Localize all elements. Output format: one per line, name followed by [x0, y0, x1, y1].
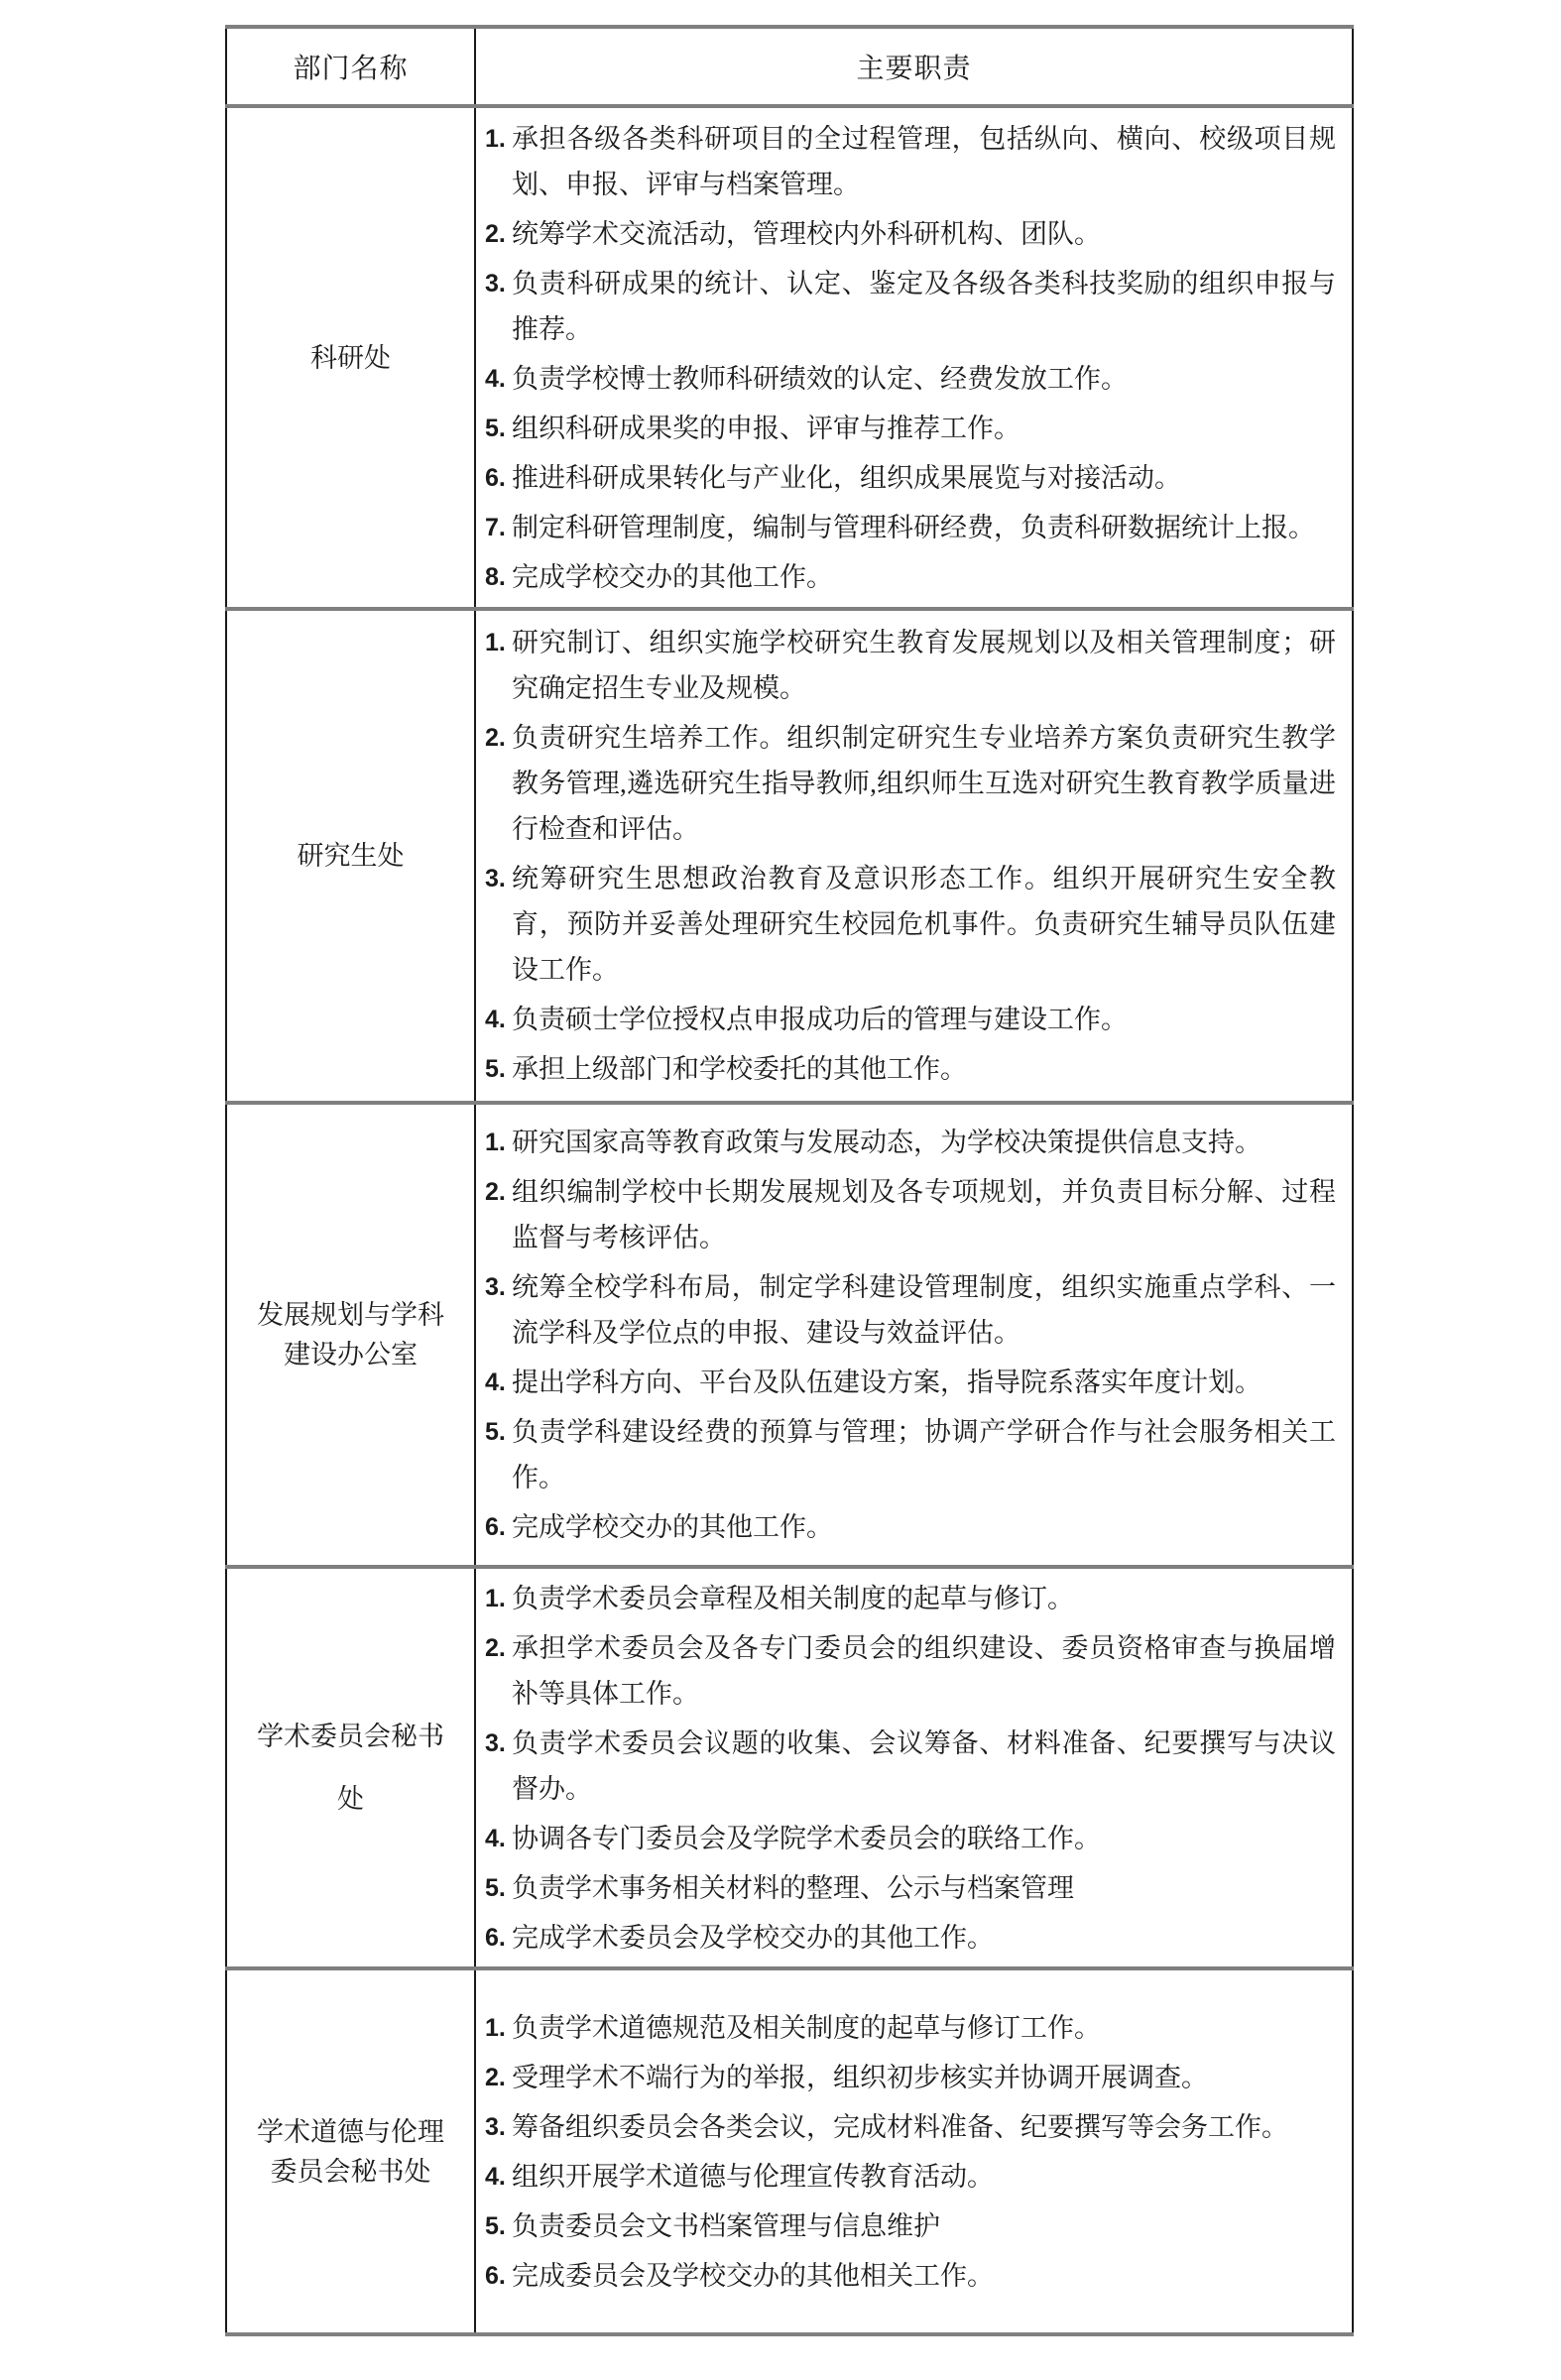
duty-item: 2. 承担学术委员会及各专门委员会的组织建设、委员资格审查与换届增补等具体工作。 [485, 1625, 1336, 1717]
duty-item: 5. 组织科研成果奖的申报、评审与推荐工作。 [485, 406, 1336, 451]
duty-item: 3. 负责科研成果的统计、认定、鉴定及各级各类科技奖励的组织申报与推荐。 [485, 261, 1336, 352]
duty-item: 5. 负责学术事务相关材料的整理、公示与档案管理 [485, 1865, 1336, 1911]
duty-item: 3. 统筹研究生思想政治教育及意识形态工作。组织开展研究生安全教育，预防并妥善处… [485, 856, 1336, 993]
department-cell: 科研处 [226, 106, 475, 609]
department-name-line: 处 [227, 1768, 474, 1831]
duty-item: 8. 完成学校交办的其他工作。 [485, 554, 1336, 600]
table-row: 学术道德与伦理委员会秘书处 1. 负责学术道德规范及相关制度的起草与修订工作。 … [226, 1968, 1353, 2334]
duty-text: 研究制订、组织实施学校研究生教育发展规划以及相关管理制度；研究确定招生专业及规模… [512, 628, 1336, 703]
duties-cell: 1. 研究制订、组织实施学校研究生教育发展规划以及相关管理制度；研究确定招生专业… [475, 609, 1353, 1103]
duty-item: 2. 负责研究生培养工作。组织制定研究生专业培养方案负责研究生教学教务管理,遴选… [485, 715, 1336, 852]
header-department: 部门名称 [226, 27, 475, 106]
duty-text: 负责学校博士教师科研绩效的认定、经费发放工作。 [512, 364, 1128, 394]
duty-number: 3. [485, 2104, 506, 2150]
duty-text: 承担各级各类科研项目的全过程管理，包括纵向、横向、校级项目规划、申报、评审与档案… [512, 124, 1336, 199]
duty-text: 负责学术委员会议题的收集、会议筹备、材料准备、纪要撰写与决议督办。 [512, 1728, 1336, 1804]
duty-item: 6. 完成学校交办的其他工作。 [485, 1504, 1336, 1550]
duties-list: 1. 研究国家高等教育政策与发展动态，为学校决策提供信息支持。 2. 组织编制学… [476, 1114, 1352, 1556]
duty-number: 4. [485, 1360, 506, 1405]
duty-item: 3. 统筹全校学科布局，制定学科建设管理制度，组织实施重点学科、一流学科及学位点… [485, 1264, 1336, 1356]
duty-item: 4. 负责学校博士教师科研绩效的认定、经费发放工作。 [485, 356, 1336, 402]
department-name-line: 学术委员会秘书 [227, 1706, 474, 1768]
duty-number: 1. [485, 2005, 506, 2051]
department-cell: 研究生处 [226, 609, 475, 1103]
duty-number: 1. [485, 116, 506, 162]
duty-text: 负责硕士学位授权点申报成功后的管理与建设工作。 [512, 1005, 1128, 1034]
duty-number: 3. [485, 261, 506, 306]
duty-number: 6. [485, 455, 506, 501]
duty-text: 负责科研成果的统计、认定、鉴定及各级各类科技奖励的组织申报与推荐。 [512, 269, 1336, 344]
duty-item: 4. 提出学科方向、平台及队伍建设方案，指导院系落实年度计划。 [485, 1360, 1336, 1405]
department-name-line: 研究生处 [227, 836, 474, 876]
table-row: 发展规划与学科建设办公室 1. 研究国家高等教育政策与发展动态，为学校决策提供信… [226, 1103, 1353, 1567]
duty-item: 7. 制定科研管理制度，编制与管理科研经费，负责科研数据统计上报。 [485, 505, 1336, 550]
department-duties-table: 部门名称 主要职责 科研处 1. 承担各级各类科研项目的全过程管理，包括纵向、横… [225, 25, 1354, 2336]
duty-text: 提出学科方向、平台及队伍建设方案，指导院系落实年度计划。 [512, 1368, 1261, 1397]
duty-text: 推进科研成果转化与产业化，组织成果展览与对接活动。 [512, 463, 1181, 493]
duty-number: 6. [485, 1504, 506, 1550]
duty-text: 组织科研成果奖的申报、评审与推荐工作。 [512, 414, 1021, 443]
duty-number: 4. [485, 1816, 506, 1861]
duty-number: 3. [485, 856, 506, 901]
department-cell: 学术道德与伦理委员会秘书处 [226, 1968, 475, 2334]
duty-text: 统筹学术交流活动，管理校内外科研机构、团队。 [512, 219, 1101, 249]
duties-cell: 1. 承担各级各类科研项目的全过程管理，包括纵向、横向、校级项目规划、申报、评审… [475, 106, 1353, 609]
duty-text: 组织编制学校中长期发展规划及各专项规划，并负责目标分解、过程监督与考核评估。 [512, 1177, 1336, 1252]
duty-number: 2. [485, 211, 506, 257]
duty-number: 5. [485, 1409, 506, 1455]
duty-item: 6. 完成委员会及学校交办的其他相关工作。 [485, 2253, 1336, 2299]
duty-item: 2. 统筹学术交流活动，管理校内外科研机构、团队。 [485, 211, 1336, 257]
duty-number: 2. [485, 715, 506, 761]
duty-text: 协调各专门委员会及学院学术委员会的联络工作。 [512, 1824, 1101, 1853]
duty-text: 完成学校交办的其他工作。 [512, 1512, 833, 1542]
duty-item: 1. 负责学术委员会章程及相关制度的起草与修订。 [485, 1576, 1336, 1621]
duty-text: 组织开展学术道德与伦理宣传教育活动。 [512, 2162, 994, 2192]
duty-text: 完成学术委员会及学校交办的其他工作。 [512, 1923, 994, 1953]
duty-item: 4. 负责硕士学位授权点申报成功后的管理与建设工作。 [485, 997, 1336, 1042]
duties-list: 1. 研究制订、组织实施学校研究生教育发展规划以及相关管理制度；研究确定招生专业… [476, 614, 1352, 1098]
table-row: 研究生处 1. 研究制订、组织实施学校研究生教育发展规划以及相关管理制度；研究确… [226, 609, 1353, 1103]
duty-item: 5. 承担上级部门和学校委托的其他工作。 [485, 1046, 1336, 1092]
duty-number: 5. [485, 406, 506, 451]
duty-number: 8. [485, 554, 506, 600]
duty-text: 完成学校交办的其他工作。 [512, 562, 833, 592]
department-name-line: 建设办公室 [227, 1335, 474, 1374]
duty-number: 1. [485, 1120, 506, 1165]
duties-list: 1. 承担各级各类科研项目的全过程管理，包括纵向、横向、校级项目规划、申报、评审… [476, 110, 1352, 606]
table-row: 科研处 1. 承担各级各类科研项目的全过程管理，包括纵向、横向、校级项目规划、申… [226, 106, 1353, 609]
duty-number: 5. [485, 2203, 506, 2249]
duty-item: 3. 负责学术委员会议题的收集、会议筹备、材料准备、纪要撰写与决议督办。 [485, 1721, 1336, 1812]
duty-number: 6. [485, 2253, 506, 2299]
duty-text: 研究国家高等教育政策与发展动态，为学校决策提供信息支持。 [512, 1128, 1261, 1157]
department-name-line: 学术道德与伦理 [227, 2112, 474, 2152]
duty-item: 2. 受理学术不端行为的举报，组织初步核实并协调开展调查。 [485, 2055, 1336, 2100]
duty-number: 4. [485, 997, 506, 1042]
duty-number: 1. [485, 620, 506, 665]
department-name-line: 委员会秘书处 [227, 2152, 474, 2192]
duty-text: 负责委员会文书档案管理与信息维护 [512, 2211, 940, 2241]
header-duties: 主要职责 [475, 27, 1353, 106]
duty-text: 筹备组织委员会各类会议，完成材料准备、纪要撰写等会务工作。 [512, 2112, 1288, 2142]
department-name-line: 发展规划与学科 [227, 1295, 474, 1335]
duty-text: 统筹全校学科布局，制定学科建设管理制度，组织实施重点学科、一流学科及学位点的申报… [512, 1272, 1336, 1348]
header-row: 部门名称 主要职责 [226, 27, 1353, 106]
duty-text: 统筹研究生思想政治教育及意识形态工作。组织开展研究生安全教育，预防并妥善处理研究… [512, 864, 1336, 985]
duty-text: 制定科研管理制度，编制与管理科研经费，负责科研数据统计上报。 [512, 513, 1315, 542]
duty-text: 负责学术道德规范及相关制度的起草与修订工作。 [512, 2013, 1101, 2043]
duty-number: 7. [485, 505, 506, 550]
duty-number: 5. [485, 1046, 506, 1092]
duty-number: 4. [485, 356, 506, 402]
duty-item: 5. 负责学科建设经费的预算与管理；协调产学研合作与社会服务相关工作。 [485, 1409, 1336, 1500]
duty-item: 2. 组织编制学校中长期发展规划及各专项规划，并负责目标分解、过程监督与考核评估… [485, 1169, 1336, 1260]
duty-text: 负责研究生培养工作。组织制定研究生专业培养方案负责研究生教学教务管理,遴选研究生… [512, 723, 1336, 844]
duties-cell: 1. 负责学术道德规范及相关制度的起草与修订工作。 2. 受理学术不端行为的举报… [475, 1968, 1353, 2334]
duty-item: 4. 协调各专门委员会及学院学术委员会的联络工作。 [485, 1816, 1336, 1861]
duty-number: 3. [485, 1264, 506, 1310]
table-body: 科研处 1. 承担各级各类科研项目的全过程管理，包括纵向、横向、校级项目规划、申… [226, 106, 1353, 2334]
duty-number: 2. [485, 1625, 506, 1671]
duty-text: 负责学术委员会章程及相关制度的起草与修订。 [512, 1584, 1074, 1613]
duty-item: 6. 完成学术委员会及学校交办的其他工作。 [485, 1915, 1336, 1961]
duty-text: 负责学科建设经费的预算与管理；协调产学研合作与社会服务相关工作。 [512, 1417, 1336, 1492]
duty-number: 4. [485, 2154, 506, 2200]
duty-text: 负责学术事务相关材料的整理、公示与档案管理 [512, 1873, 1074, 1903]
duty-item: 1. 研究制订、组织实施学校研究生教育发展规划以及相关管理制度；研究确定招生专业… [485, 620, 1336, 711]
duties-list: 1. 负责学术委员会章程及相关制度的起草与修订。 2. 承担学术委员会及各专门委… [476, 1570, 1352, 1966]
duty-text: 受理学术不端行为的举报，组织初步核实并协调开展调查。 [512, 2063, 1208, 2092]
duty-number: 6. [485, 1915, 506, 1961]
duty-item: 3. 筹备组织委员会各类会议，完成材料准备、纪要撰写等会务工作。 [485, 2104, 1336, 2150]
table-row: 学术委员会秘书处 1. 负责学术委员会章程及相关制度的起草与修订。 2. 承担学… [226, 1567, 1353, 1968]
duty-text: 完成委员会及学校交办的其他相关工作。 [512, 2261, 994, 2291]
duty-text: 承担学术委员会及各专门委员会的组织建设、委员资格审查与换届增补等具体工作。 [512, 1633, 1336, 1709]
department-name-line: 科研处 [227, 338, 474, 378]
duty-item: 1. 负责学术道德规范及相关制度的起草与修订工作。 [485, 2005, 1336, 2051]
duty-item: 5. 负责委员会文书档案管理与信息维护 [485, 2203, 1336, 2249]
duty-item: 6. 推进科研成果转化与产业化，组织成果展览与对接活动。 [485, 455, 1336, 501]
duties-cell: 1. 负责学术委员会章程及相关制度的起草与修订。 2. 承担学术委员会及各专门委… [475, 1567, 1353, 1968]
duty-number: 5. [485, 1865, 506, 1911]
department-cell: 发展规划与学科建设办公室 [226, 1103, 475, 1567]
duty-number: 3. [485, 1721, 506, 1766]
duty-item: 1. 研究国家高等教育政策与发展动态，为学校决策提供信息支持。 [485, 1120, 1336, 1165]
duty-item: 1. 承担各级各类科研项目的全过程管理，包括纵向、横向、校级项目规划、申报、评审… [485, 116, 1336, 207]
duty-text: 承担上级部门和学校委托的其他工作。 [512, 1054, 967, 1084]
duties-cell: 1. 研究国家高等教育政策与发展动态，为学校决策提供信息支持。 2. 组织编制学… [475, 1103, 1353, 1567]
department-cell: 学术委员会秘书处 [226, 1567, 475, 1968]
duty-number: 1. [485, 1576, 506, 1621]
duty-number: 2. [485, 1169, 506, 1215]
duty-number: 2. [485, 2055, 506, 2100]
duty-item: 4. 组织开展学术道德与伦理宣传教育活动。 [485, 2154, 1336, 2200]
duties-list: 1. 负责学术道德规范及相关制度的起草与修订工作。 2. 受理学术不端行为的举报… [476, 1999, 1352, 2305]
